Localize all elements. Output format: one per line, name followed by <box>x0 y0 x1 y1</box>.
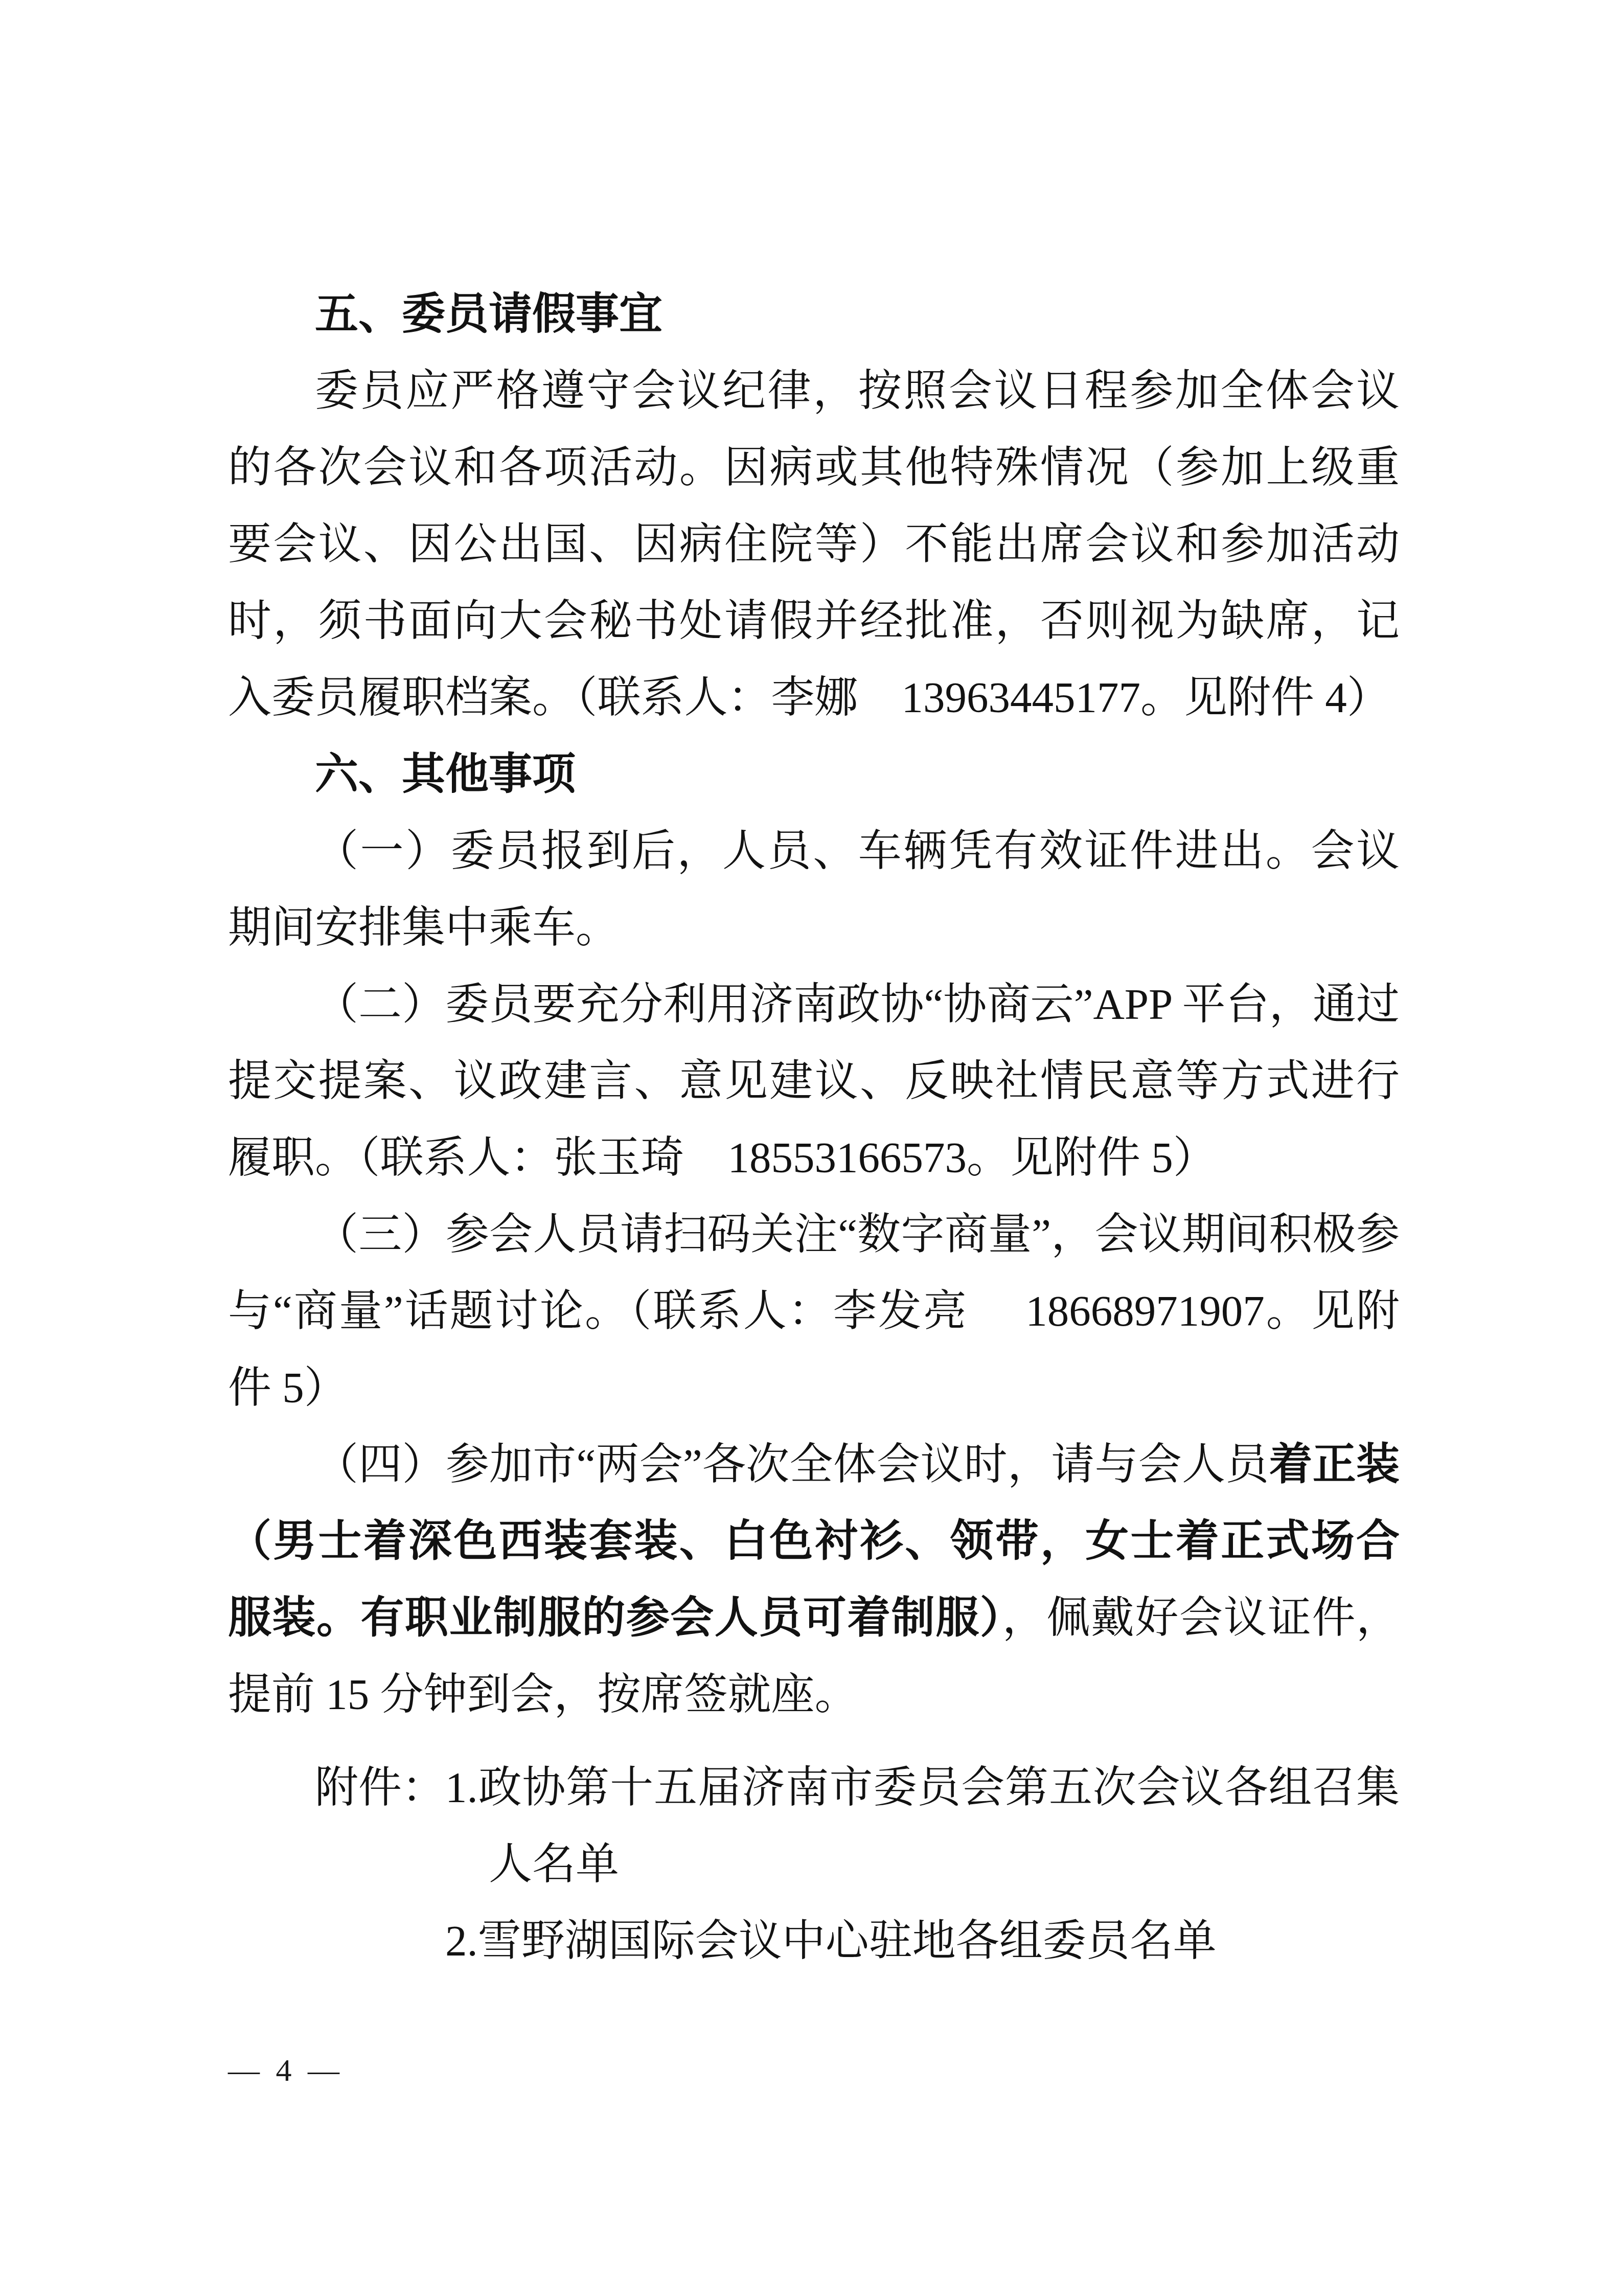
text-run: （三）参会人员请扫码关注“数字商量”，会议期间积极参与“商量”话题讨论。（联系人… <box>228 1211 1400 1412</box>
bold-text-run: 五、委员请假事宜 <box>315 290 662 338</box>
paragraph: （二）委员要充分利用济南政协“协商云”APP 平台，通过提交提案、议政建言、意见… <box>228 966 1400 1196</box>
paragraph: （三）参会人员请扫码关注“数字商量”，会议期间积极参与“商量”话题讨论。（联系人… <box>228 1196 1400 1426</box>
text-run: （四）参加市“两会”各次全体会议时，请与会人员 <box>315 1441 1269 1489</box>
text-run: （二）委员要充分利用济南政协“协商云”APP 平台，通过提交提案、议政建言、意见… <box>228 981 1400 1182</box>
document-page: 五、委员请假事宜委员应严格遵守会议纪律，按照会议日程参加全体会议的各次会议和各项… <box>0 0 1623 2296</box>
section-heading: 五、委员请假事宜 <box>228 276 1400 353</box>
attachment-item: 2.雪野湖国际会议中心驻地各组委员名单 <box>445 1903 1400 1980</box>
paragraph: 委员应严格遵守会议纪律，按照会议日程参加全体会议的各次会议和各项活动。因病或其他… <box>228 353 1400 736</box>
document-body: 五、委员请假事宜委员应严格遵守会议纪律，按照会议日程参加全体会议的各次会议和各项… <box>228 276 1400 1980</box>
attachments-label: 附件： <box>315 1749 445 1826</box>
bold-text-run: 六、其他事项 <box>315 750 576 799</box>
text-run: （一）委员报到后，人员、车辆凭有效证件进出。会议期间安排集中乘车。 <box>228 827 1400 952</box>
paragraph: （一）委员报到后，人员、车辆凭有效证件进出。会议期间安排集中乘车。 <box>228 813 1400 966</box>
paragraph: （四）参加市“两会”各次全体会议时，请与会人员着正装（男士着深色西装套装、白色衬… <box>228 1426 1400 1733</box>
page-number: — 4 — <box>228 2045 344 2096</box>
section-heading: 六、其他事项 <box>228 736 1400 813</box>
attachments-block: 附件： 1.政协第十五届济南市委员会第五次会议各组召集人名单2.雪野湖国际会议中… <box>228 1749 1400 1980</box>
text-run: 委员应严格遵守会议纪律，按照会议日程参加全体会议的各次会议和各项活动。因病或其他… <box>228 367 1400 722</box>
attachments-list: 1.政协第十五届济南市委员会第五次会议各组召集人名单2.雪野湖国际会议中心驻地各… <box>445 1749 1400 1980</box>
sections-container: 五、委员请假事宜委员应严格遵守会议纪律，按照会议日程参加全体会议的各次会议和各项… <box>228 276 1400 1733</box>
attachment-item: 1.政协第十五届济南市委员会第五次会议各组召集人名单 <box>445 1749 1400 1903</box>
